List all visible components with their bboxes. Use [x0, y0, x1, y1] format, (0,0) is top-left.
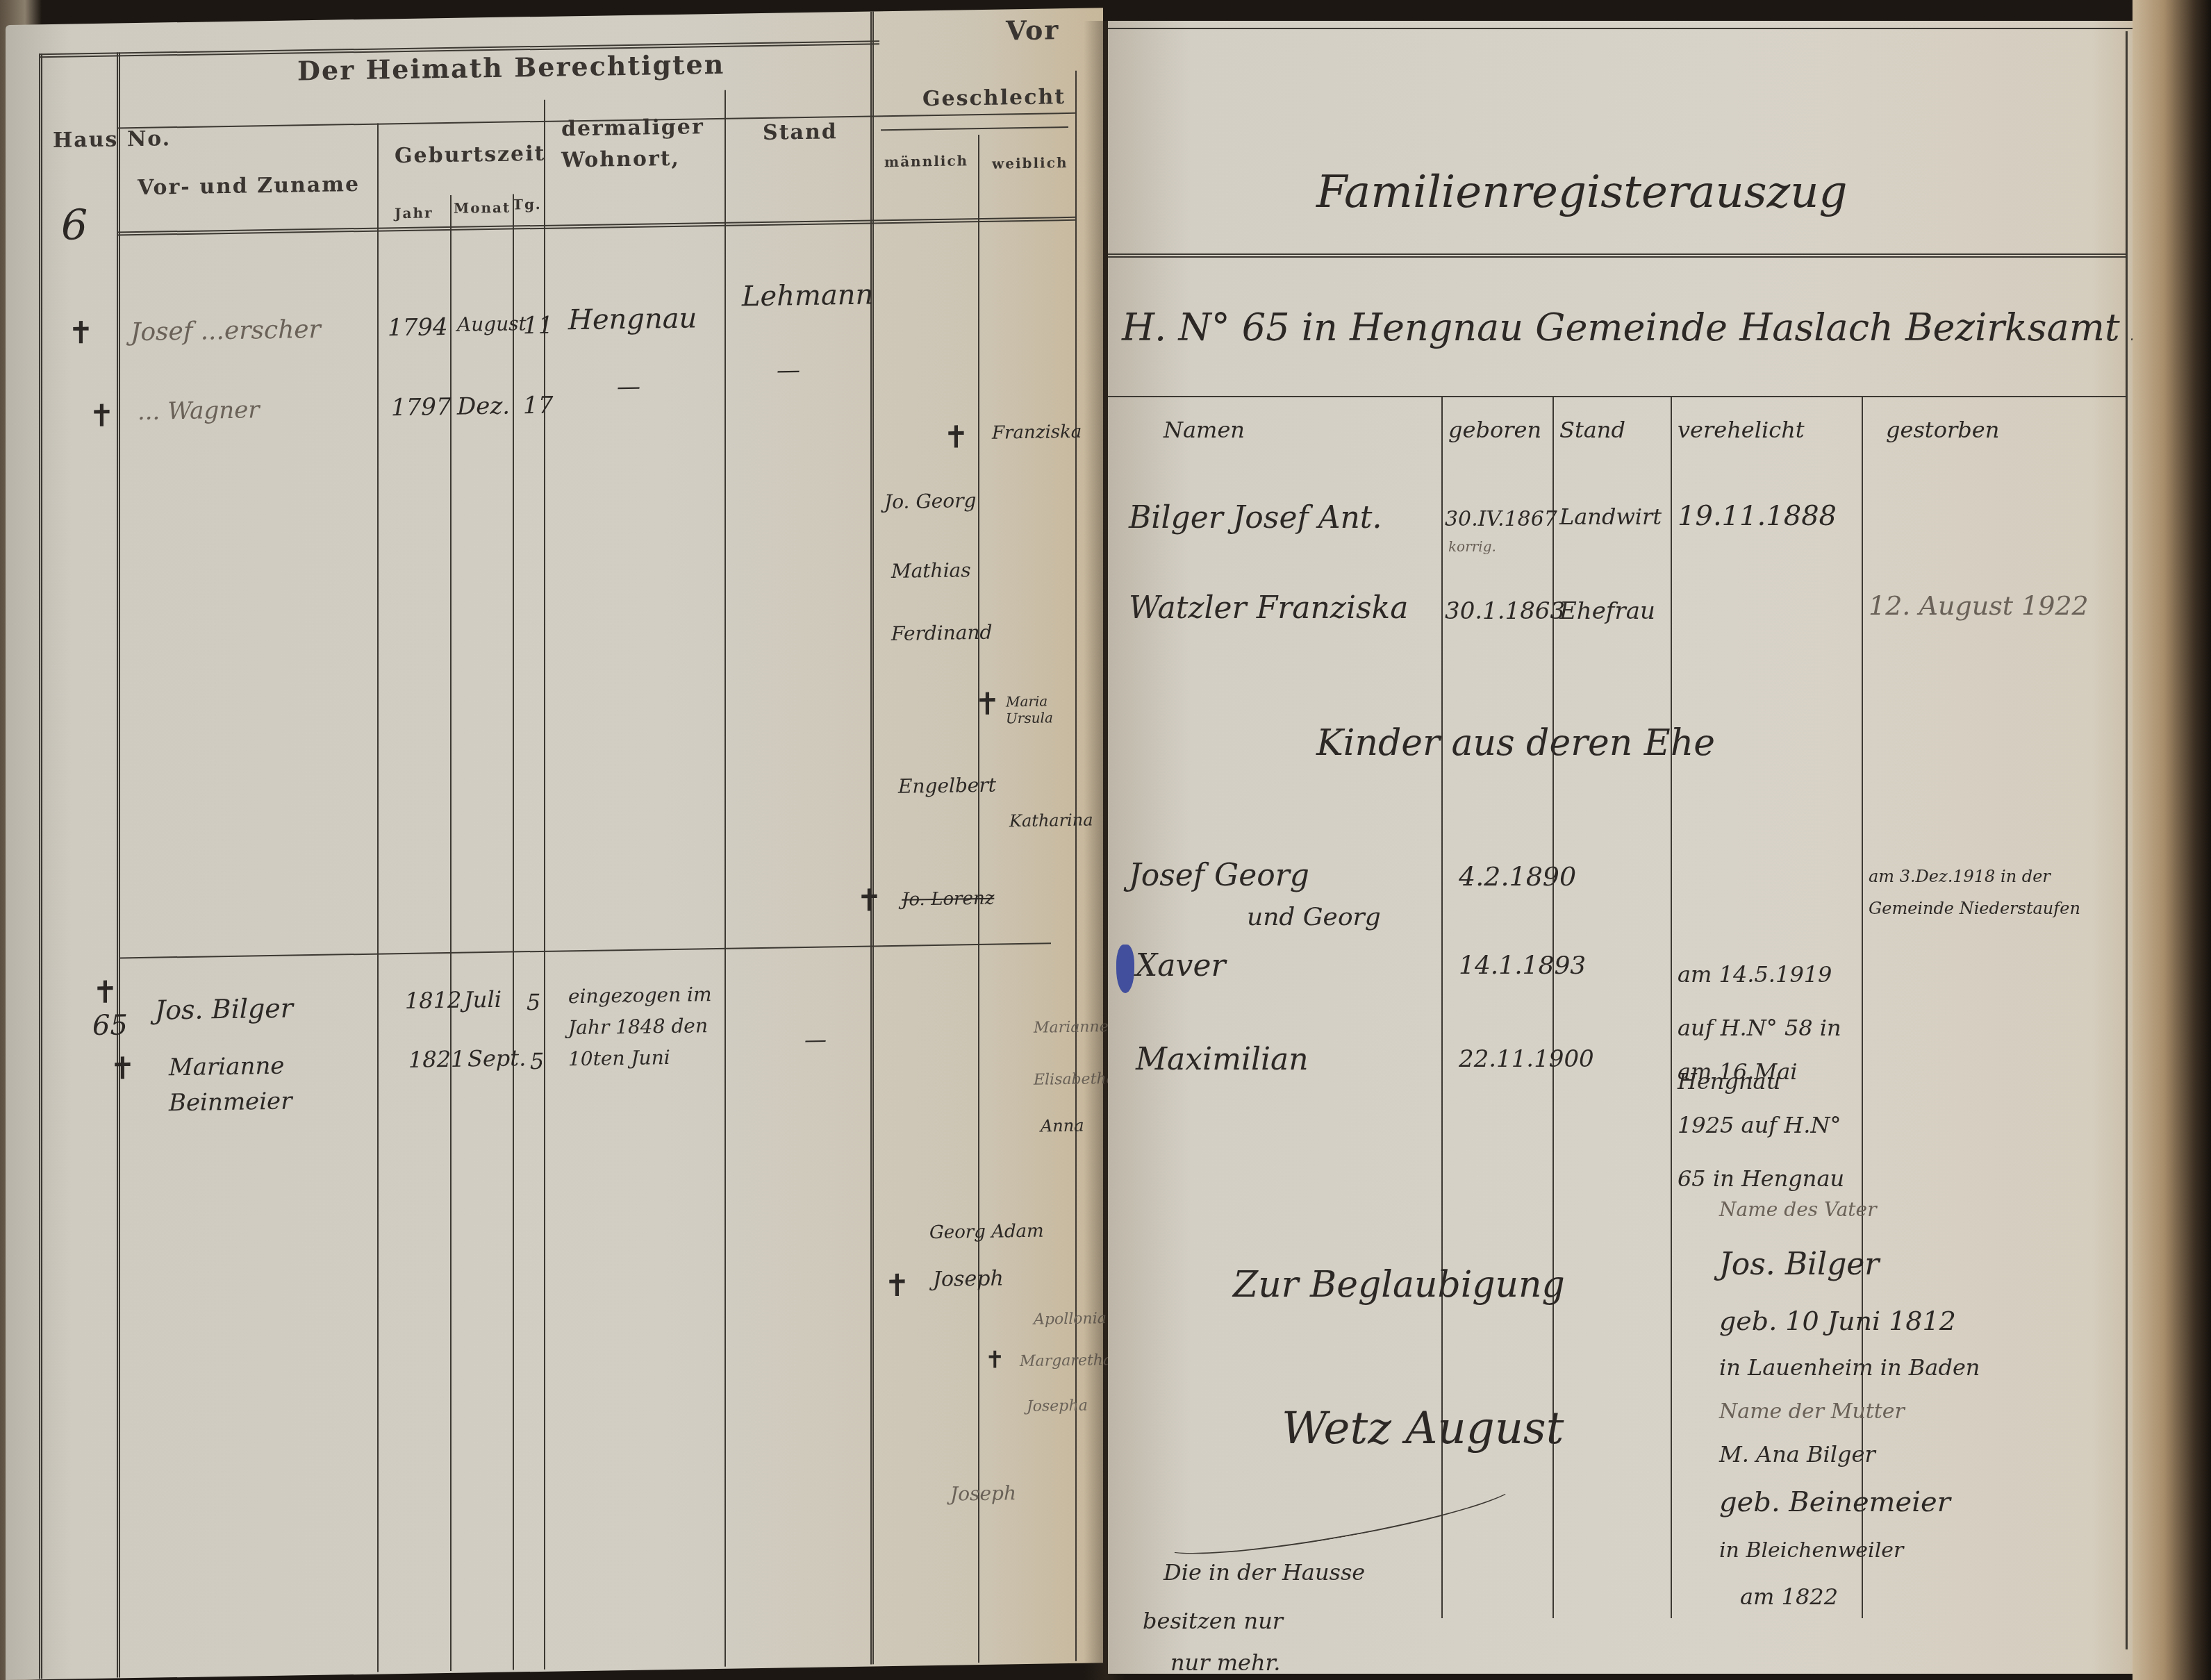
child-name-note: und Georg — [1247, 903, 1381, 931]
col-header-died: gestorben — [1886, 417, 1999, 443]
child-male: Joseph — [933, 1266, 1004, 1292]
book-right-edge — [2133, 0, 2211, 1680]
birth-day-header: Tg. — [513, 196, 542, 213]
deceased-cross-icon: ✝ — [89, 399, 115, 435]
title-rule — [1108, 253, 2126, 258]
entry-row: ✝ ... Wagner 1797 Dez. 17 — — — [6, 8, 1103, 25]
entry-day: 17 — [523, 392, 553, 420]
entry-month: Juli — [464, 986, 502, 1013]
stand-header: Stand — [763, 119, 838, 145]
gender-header: Geschlecht — [922, 85, 1066, 111]
entry-row: ✝ Josef ...erscher 1794 August 11 Hengna… — [6, 8, 1103, 25]
col-header-stand: Stand — [1559, 417, 1625, 443]
left-page: Der Heimath Berechtigten Vor Haus No. 6 … — [6, 8, 1103, 1680]
official-signature: Wetz August — [1282, 1403, 1564, 1454]
entry-residence: Hengnau — [568, 302, 697, 336]
note-line: am 1822 — [1740, 1583, 1838, 1610]
header-bottom-line — [117, 217, 1075, 236]
child-female: Maria Ursula — [1006, 692, 1075, 727]
entry-year: 1821 — [408, 1046, 465, 1073]
person-name: Bilger Josef Ant. — [1129, 500, 1382, 535]
child-married: am 16.Mai 1925 auf H.N° 65 in Hengnau — [1678, 1045, 1858, 1205]
child-male: Jo. Georg — [884, 489, 977, 513]
note-line: in Bleichenweiler — [1719, 1538, 1903, 1563]
footnote-line: Die in der Hausse — [1164, 1559, 1365, 1586]
col-divider-residence — [724, 90, 726, 1667]
frame-left — [39, 53, 42, 1679]
child-name: Josef Georg — [1129, 858, 1309, 893]
birth-header: Geburtszeit — [395, 142, 545, 168]
right-page: Familienregisterauszug H. N° 65 in Hengn… — [1108, 21, 2143, 1674]
deceased-cross-icon: ✝ — [943, 419, 969, 456]
child-died: am 3.Dez.1918 in der Gemeinde Niederstau… — [1869, 861, 2119, 924]
deceased-cross-icon: ✝ — [92, 974, 118, 1011]
col-header-born: geboren — [1448, 417, 1541, 443]
child-name: Xaver — [1136, 948, 1226, 983]
children-heading: Kinder aus deren Ehe — [1316, 722, 1715, 764]
signature-flourish — [1155, 1462, 1521, 1569]
child-female: Katharina — [1009, 810, 1093, 831]
col-header-names: Namen — [1164, 417, 1245, 443]
child-male: Engelbert — [898, 774, 996, 798]
person-born-note: korrig. — [1448, 538, 1496, 555]
col-divider-stand — [1671, 396, 1672, 1618]
entry-residence: — — [617, 373, 640, 401]
col-divider-married — [1862, 396, 1863, 1618]
register-title: Familienregisterauszug — [1316, 167, 1847, 218]
person-name: Watzler Franziska — [1129, 590, 1409, 626]
child-female: Josepha — [1027, 1397, 1088, 1415]
entry-name: Marianne Beinmeier — [169, 1047, 377, 1122]
note-line: geb. Beinemeier — [1719, 1486, 1951, 1518]
residence-header: dermaliger Wohnort, — [561, 111, 700, 176]
blue-ink-blot — [1116, 945, 1134, 993]
deceased-cross-icon: ✝ — [110, 1051, 135, 1087]
entry-year: 1812 — [405, 987, 461, 1014]
person-born: 30.1.1863 — [1445, 597, 1565, 625]
col-header-married: verehelicht — [1678, 417, 1805, 443]
note-line: Jos. Bilger — [1719, 1247, 1879, 1282]
child-name: Maximilian — [1136, 1042, 1309, 1077]
child-male: Georg Adam — [929, 1221, 1044, 1244]
attestation-label: Zur Beglaubigung — [1233, 1264, 1565, 1306]
name-header: Vor- und Zuname — [138, 172, 360, 200]
entry-month: August — [457, 312, 527, 336]
deceased-cross-icon: ✝ — [975, 687, 1000, 723]
house-number: 6 — [61, 201, 88, 250]
entry-stand: — — [777, 356, 800, 385]
child-born: 4.2.1890 — [1459, 861, 1576, 892]
page-right-rule — [2126, 31, 2128, 1649]
entry-day: 5 — [527, 989, 540, 1015]
entry-month: Dez. — [457, 392, 510, 421]
entry-name: ... Wagner — [138, 396, 260, 426]
col-divider-gender — [870, 11, 874, 1664]
male-header: männlich — [884, 152, 968, 170]
entry-month: Sept. — [467, 1045, 526, 1072]
entry-stand: Lehmann — [742, 278, 873, 313]
entry-stand: — — [804, 1026, 827, 1053]
birth-year-header: Jahr — [395, 204, 433, 222]
entry-house-number: 65 — [92, 1009, 128, 1042]
entry-year: 1797 — [391, 393, 452, 422]
table-title: Der Heimath Berechtigten — [297, 49, 724, 87]
person-born: 30.IV.1867 — [1445, 507, 1557, 531]
col-divider-name — [377, 124, 379, 1672]
footnote-line: nur mehr. — [1170, 1649, 1281, 1676]
child-born: 14.1.1893 — [1459, 951, 1586, 980]
page-top-line — [1108, 28, 2136, 29]
deceased-cross-icon: ✝ — [68, 315, 94, 351]
child-female: Franziska — [992, 422, 1082, 444]
continuation-header: Vor — [1006, 14, 1059, 46]
entry-row: ✝ 65 Jos. Bilger 1812 Juli 5 eingezogen … — [6, 8, 1103, 25]
register-subtitle: H. N° 65 in Hengnau Gemeinde Haslach Bez… — [1122, 306, 2211, 349]
note-line: geb. 10 Juni 1812 — [1719, 1306, 1956, 1336]
entry-separator — [120, 942, 1051, 958]
note-line: in Lauenheim in Baden — [1719, 1354, 1980, 1381]
gender-subline — [881, 126, 1068, 131]
deceased-cross-icon: ✝ — [856, 883, 882, 919]
children-male-list: Jo. Georg Mathias Ferdinand Engelbert ✝ … — [6, 8, 1103, 25]
note-line: M. Ana Bilger — [1719, 1441, 1875, 1467]
entry-row: ✝ Marianne Beinmeier 1821 Sept. 5 — [6, 8, 1103, 25]
birth-month-header: Monat — [454, 199, 511, 217]
child-male: Joseph — [950, 1481, 1016, 1505]
col-divider-right — [1075, 71, 1077, 1661]
entry-day: 5 — [530, 1048, 544, 1074]
child-male: Ferdinand — [891, 621, 992, 645]
person-died: 12. August 1922 — [1869, 590, 2089, 621]
child-female: Anna — [1041, 1116, 1084, 1136]
person-stand: Ehefrau — [1559, 597, 1655, 625]
deceased-cross-icon: ✝ — [884, 1268, 910, 1304]
footnote-line: besitzen nur — [1143, 1608, 1283, 1634]
entry-name: Jos. Bilger — [155, 992, 293, 1025]
entry-residence: eingezogen im Jahr 1848 den 10ten Juni — [568, 979, 721, 1075]
person-stand: Landwirt — [1559, 504, 1662, 530]
entry-day: 11 — [523, 312, 553, 340]
entry-name: Josef ...erscher — [131, 315, 321, 347]
col-divider-haus — [117, 52, 120, 1677]
subtitle-rule — [1108, 396, 2126, 397]
note-line: Name der Mutter — [1719, 1399, 1905, 1424]
children-female-list: ✝ Franziska ✝ Maria Ursula Katharina Mar… — [6, 8, 1103, 25]
female-header: weiblich — [992, 154, 1068, 172]
child-male: Mathias — [891, 558, 971, 583]
child-male: Jo. Lorenz — [902, 888, 994, 910]
note-line: Name des Vater — [1719, 1198, 1877, 1221]
haus-no-header: Haus No. — [53, 126, 171, 153]
person-married: 19.11.1888 — [1678, 500, 1837, 532]
col-divider-month — [513, 194, 514, 1670]
entry-year: 1794 — [388, 313, 448, 342]
child-born: 22.11.1900 — [1459, 1045, 1594, 1073]
deceased-cross-icon: ✝ — [985, 1346, 1005, 1374]
